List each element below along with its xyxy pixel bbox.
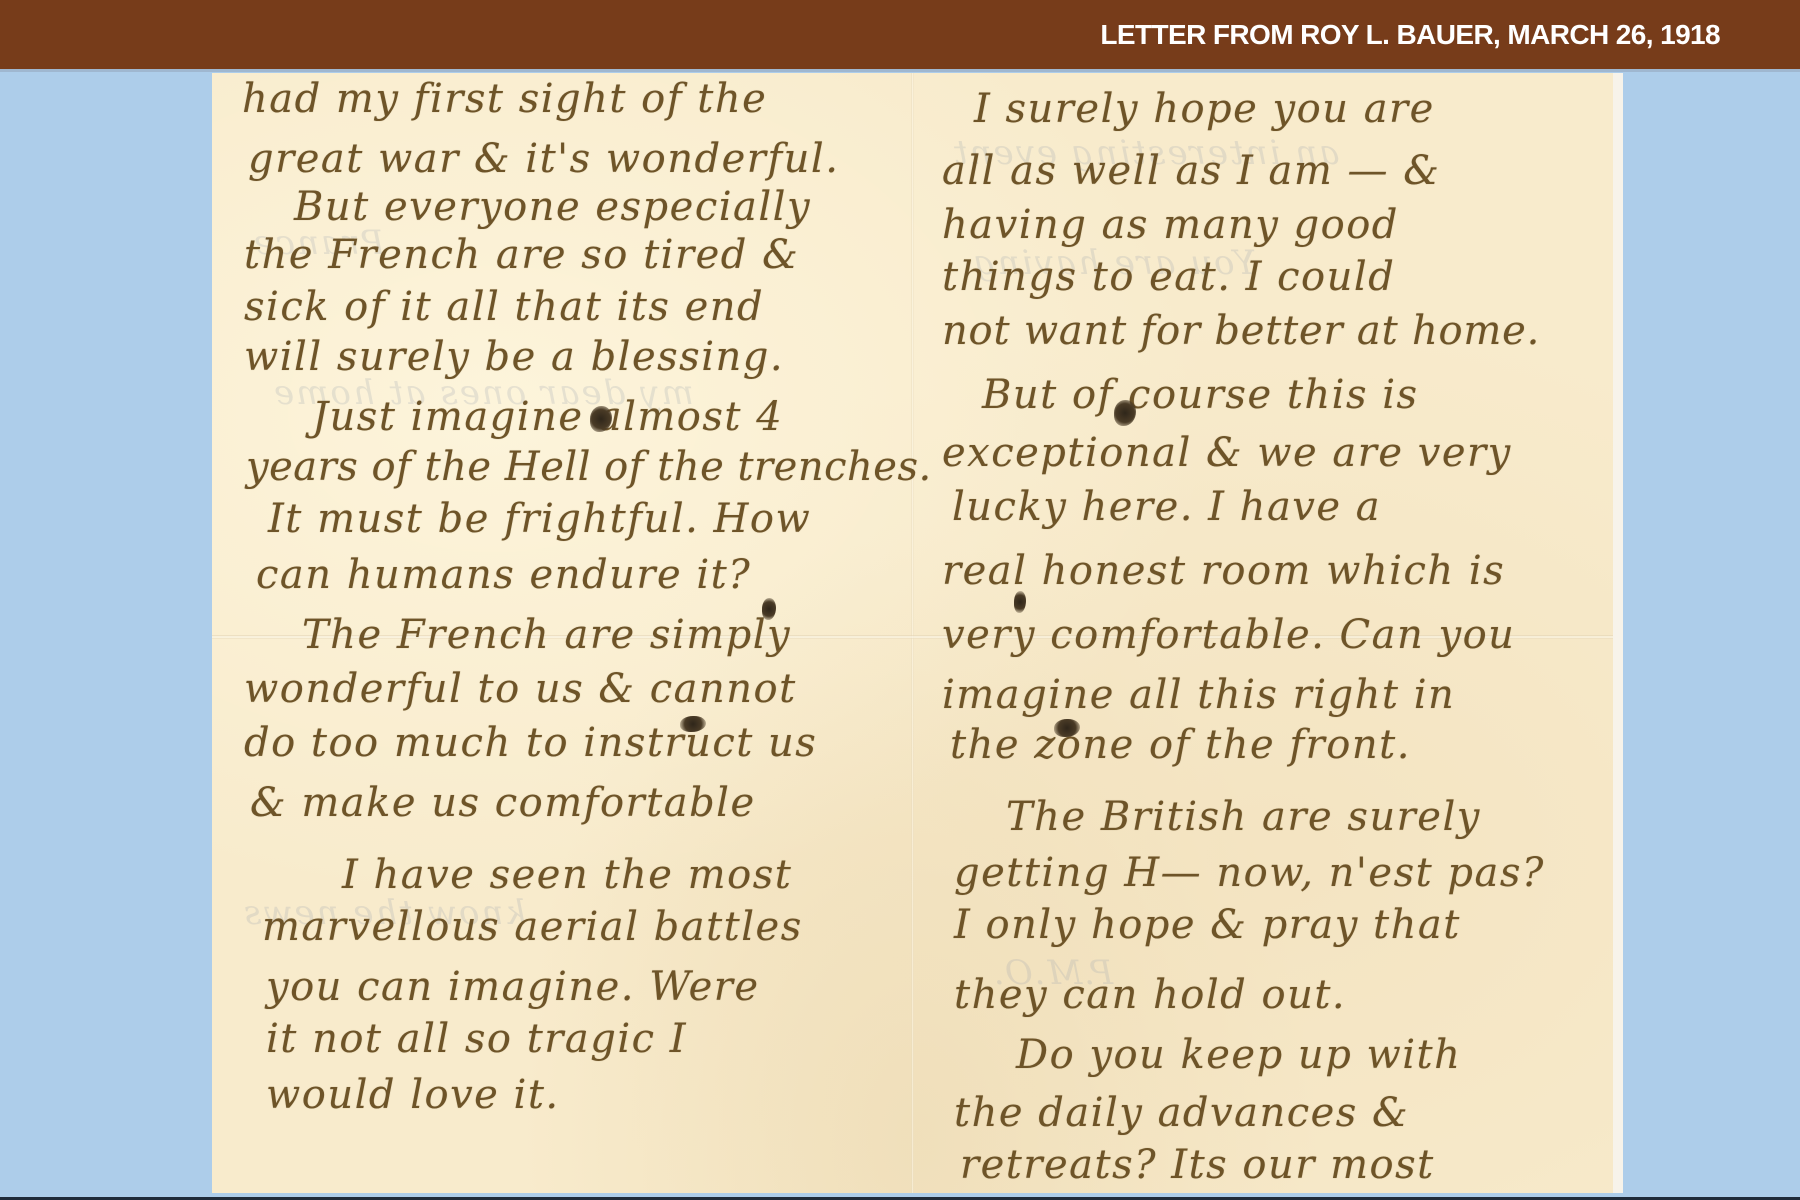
handwritten-line: do too much to instruct us [244,721,817,765]
ink-blot [1114,400,1136,426]
handwritten-line: wonderful to us & cannot [244,667,797,711]
handwritten-line: had my first sight of the [242,77,767,121]
handwritten-line: I have seen the most [342,853,792,897]
letter-scan: Prance my dear ones at home know the new… [212,73,1623,1193]
handwritten-line: exceptional & we are very [942,431,1512,475]
handwritten-line: & make us comfortable [250,781,756,825]
handwritten-line: But everyone especially [294,185,811,229]
handwritten-line: I surely hope you are [974,87,1435,131]
right-page: I surely hope you are all as well as I a… [914,73,1623,1193]
banner-divider [0,69,1800,72]
handwritten-line: can humans endure it? [256,553,751,597]
handwritten-line: getting H— now, n'est pas? [954,851,1545,895]
handwritten-line: very comfortable. Can you [942,613,1515,657]
handwritten-line: having as many good [942,203,1399,247]
ink-blot [1014,591,1026,613]
handwritten-line: the French are so tired & [244,233,799,277]
handwritten-line: they can hold out. [954,973,1346,1017]
handwritten-line: will surely be a blessing. [244,335,784,379]
handwritten-line: the zone of the front. [950,723,1411,767]
handwritten-line: I only hope & pray that [954,903,1461,947]
handwritten-line: lucky here. I have a [952,485,1381,529]
handwritten-line: The British are surely [1006,795,1481,839]
left-page: had my first sight of the great war & it… [212,73,911,1193]
handwritten-line: you can imagine. Were [266,965,760,1009]
handwritten-line: But of course this is [982,373,1419,417]
handwritten-line: sick of it all that its end [244,285,764,329]
title-banner: LETTER FROM ROY L. BAUER, MARCH 26, 1918 [0,0,1800,69]
handwritten-line: imagine all this right in [942,673,1455,717]
handwritten-line: marvellous aerial battles [262,905,803,949]
letter-edge [1613,73,1623,1193]
handwritten-line: The French are simply [302,613,791,657]
handwritten-line: It must be frightful. How [268,497,811,541]
handwritten-line: things to eat. I could [942,255,1395,299]
handwritten-line: years of the Hell of the trenches. [246,445,932,489]
handwritten-line: the daily advances & [954,1091,1409,1135]
handwritten-line: would love it. [266,1073,560,1117]
handwritten-line: great war & it's wonderful. [248,137,839,181]
handwritten-line: Just imagine almost 4 [312,395,783,439]
handwritten-line: all as well as I am — & [942,149,1440,193]
handwritten-line: not want for better at home. [942,309,1540,353]
handwritten-line: Do you keep up with [1016,1033,1461,1077]
handwritten-line: it not all so tragic I [266,1017,687,1061]
handwritten-line: real honest room which is [942,549,1505,593]
handwritten-line: retreats? Its our most [960,1143,1435,1187]
letter-title: LETTER FROM ROY L. BAUER, MARCH 26, 1918 [1100,18,1720,52]
